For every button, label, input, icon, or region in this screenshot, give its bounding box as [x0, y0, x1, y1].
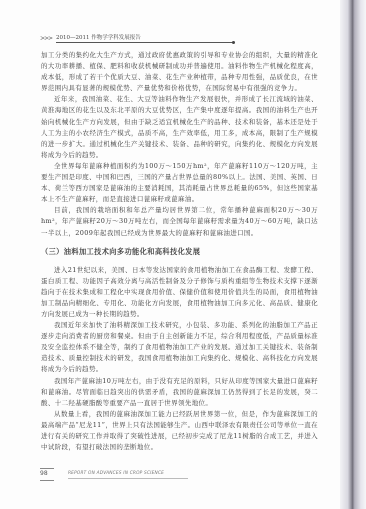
paragraph: 全世界每年蓖麻种植面积约为100万～150万hm²，年产蓖麻籽110万～120万…: [41, 161, 318, 205]
header-title: 2010—2011 作物学学科发展报告: [56, 33, 141, 41]
paragraph: 从数量上看，我国的蓖麻油深加工能力已经跃居世界第一位，但是，作为蓖麻深加工的最高…: [41, 409, 318, 453]
book-page: >>> 2010—2011 作物学学科发展报告 加工分类的集约化大生产方式，通过…: [0, 0, 366, 509]
paragraph: 近年来，我国油菜、花生、大豆等油料作物生产发展很快，并形成了长江流域的油菜、黄淮…: [41, 94, 318, 161]
divider: [68, 478, 188, 479]
series-title: REPORT ON ADVANCES IN CROP SCIENCE: [68, 471, 164, 476]
divider: [40, 468, 54, 469]
chevron-icon: >>>: [40, 35, 52, 42]
page-number: 98: [40, 470, 48, 477]
divider: [40, 480, 54, 481]
header-dot-icon: [232, 41, 235, 44]
paragraph: 我国年产蓖麻油10万吨左右，由于没有充足的原料，只好从印度等国家大量进口蓖麻籽和…: [41, 376, 318, 409]
paragraph: 进入21世纪以来，美国、日本等发达国家的食用植物油加工在食品酶工程、发酵工程、蛋…: [41, 265, 318, 320]
paragraph: 加工分类的集约化大生产方式，通过政府优惠政策的引导和专业协会的组织，大量的精准化…: [41, 50, 318, 94]
section-heading: （三）油料加工技术向多功能化和高科技化发展: [41, 247, 318, 257]
book-binding-shadow: [340, 0, 366, 509]
paragraph: 我国近年来加快了油料精深加工技术研究，小包装、多功能、系列化的油脂加工产品正逐步…: [41, 320, 318, 375]
running-header: >>> 2010—2011 作物学学科发展报告: [40, 33, 200, 45]
paragraph: 目前，我国的栽培面积和年总产量均居世界第二位，常年播种蓖麻面积20万～30万hm…: [41, 205, 318, 238]
header-rule: [56, 42, 234, 43]
page-body: 加工分类的集约化大生产方式，通过政府优惠政策的引导和专业协会的组织，大量的精准化…: [41, 50, 318, 453]
page-footer: 98 REPORT ON ADVANCES IN CROP SCIENCE: [40, 468, 170, 482]
